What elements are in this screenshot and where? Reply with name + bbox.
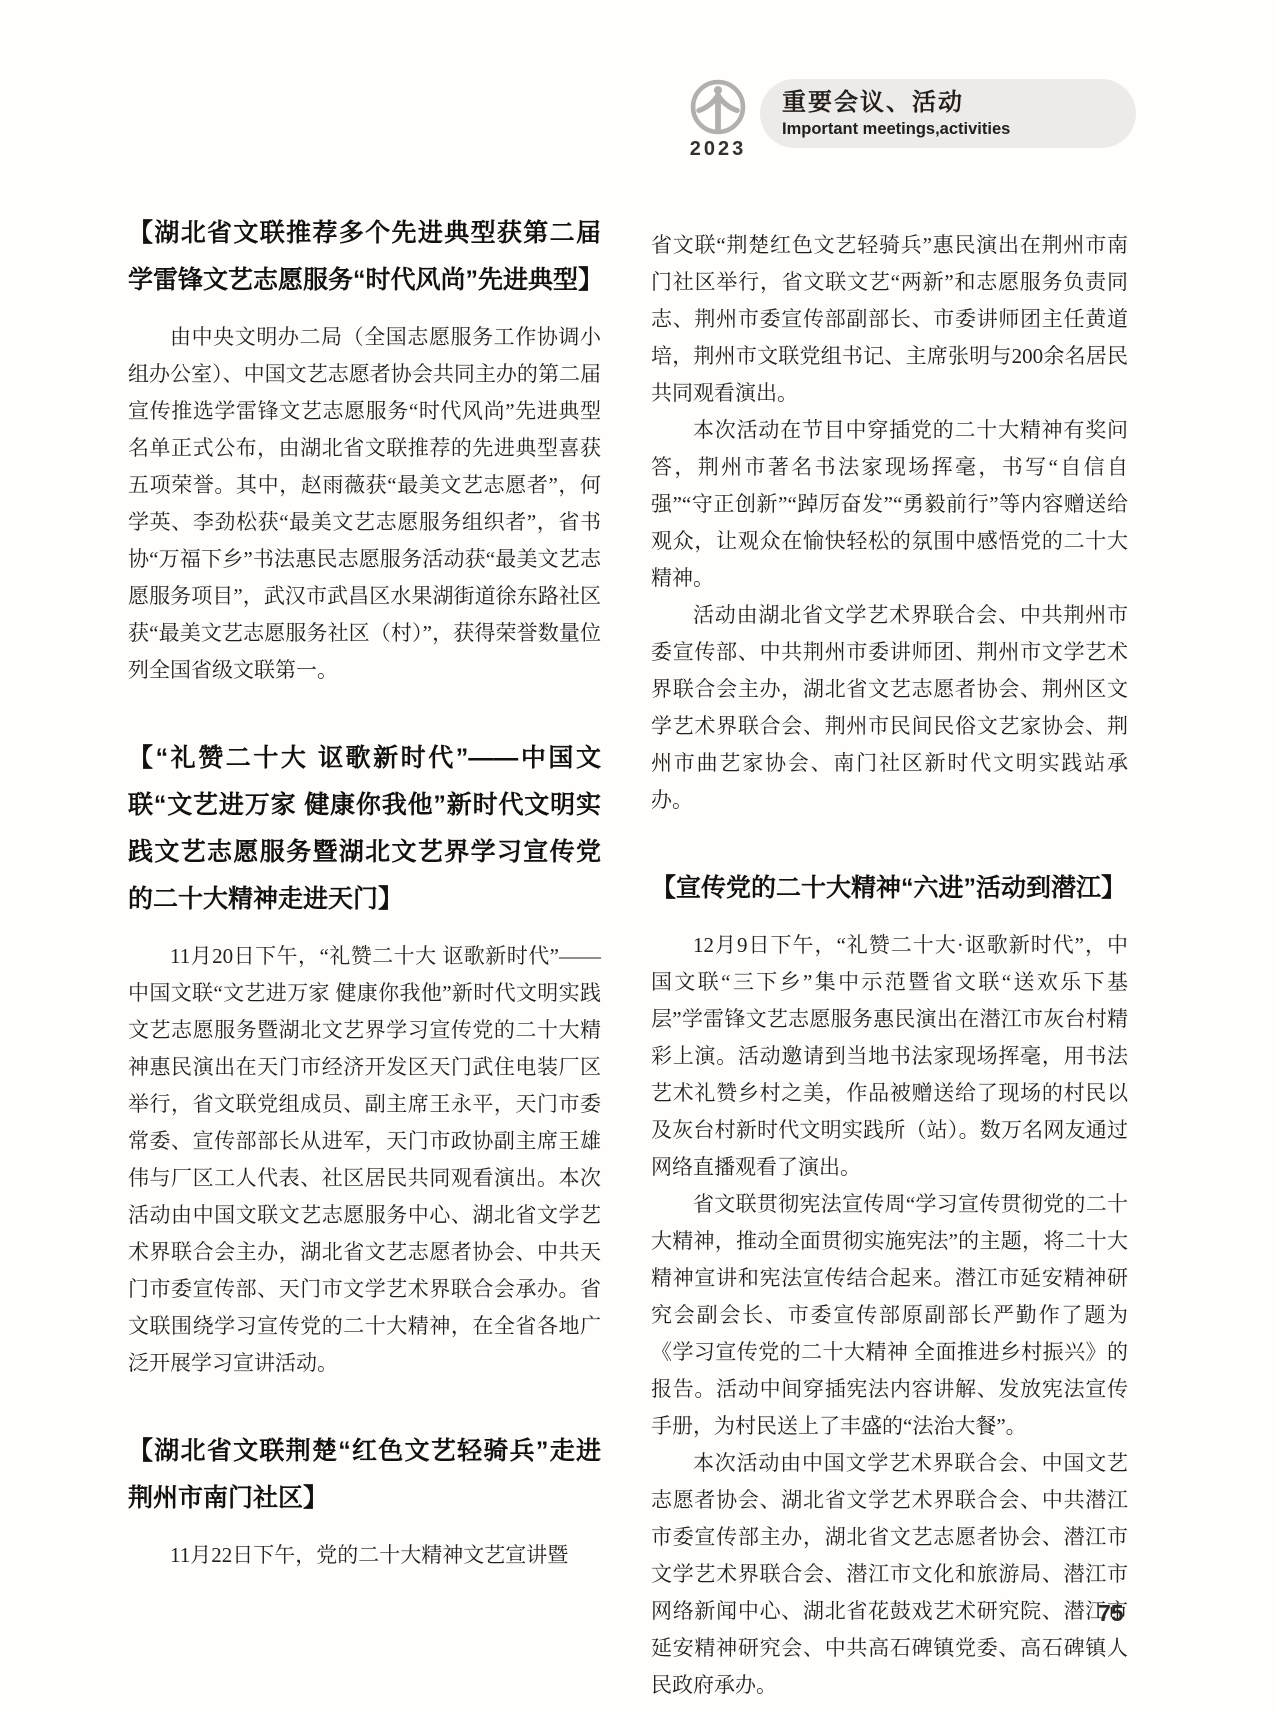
- paragraph: 本次活动在节目中穿插党的二十大精神有奖问答，荆州市著名书法家现场挥毫，书写“自信…: [651, 412, 1128, 597]
- paragraph: 本次活动由中国文学艺术界联合会、中国文艺志愿者协会、湖北省文学艺术界联合会、中共…: [651, 1445, 1128, 1704]
- emblem-icon: [686, 78, 750, 136]
- paragraph: 由中央文明办二局（全国志愿服务工作协调小组办公室）、中国文艺志愿者协会共同主办的…: [128, 319, 601, 689]
- article-heading-3: 【湖北省文联荆楚“红色文艺轻骑兵”走进荆州市南门社区】: [128, 1428, 601, 1522]
- article-heading-1: 【湖北省文联推荐多个先进典型获第二届学雷锋文艺志愿服务“时代风尚”先进典型】: [128, 210, 601, 304]
- right-column: 省文联“荆楚红色文艺轻骑兵”惠民演出在荆州市南门社区举行，省文联文艺“两新”和志…: [651, 206, 1128, 1704]
- article-heading-2: 【“礼赞二十大 讴歌新时代”——中国文联“文艺进万家 健康你我他”新时代文明实践…: [128, 735, 601, 923]
- paragraph-continuation: 省文联“荆楚红色文艺轻骑兵”惠民演出在荆州市南门社区举行，省文联文艺“两新”和志…: [651, 227, 1128, 412]
- section-badge: 重要会议、活动 Important meetings,activities: [760, 79, 1136, 148]
- logo-year: 2023: [686, 138, 750, 161]
- page-number: 75: [1098, 1600, 1124, 1627]
- article-heading-4: 【宣传党的二十大精神“六进”活动到潜江】: [651, 865, 1128, 912]
- section-badge-title: 重要会议、活动: [782, 89, 1136, 117]
- yearbook-page: 2023 重要会议、活动 Important meetings,activiti…: [0, 0, 1276, 1719]
- paragraph: 活动由湖北省文学艺术界联合会、中共荆州市委宣传部、中共荆州市委讲师团、荆州市文学…: [651, 597, 1128, 819]
- left-column: 【湖北省文联推荐多个先进典型获第二届学雷锋文艺志愿服务“时代风尚”先进典型】 由…: [128, 206, 601, 1704]
- paragraph: 省文联贯彻宪法宣传周“学习宣传贯彻党的二十大精神，推动全面贯彻实施宪法”的主题，…: [651, 1186, 1128, 1445]
- yearbook-logo: 2023: [686, 78, 750, 161]
- article-columns: 【湖北省文联推荐多个先进典型获第二届学雷锋文艺志愿服务“时代风尚”先进典型】 由…: [128, 206, 1128, 1704]
- paragraph: 12月9日下午，“礼赞二十大·讴歌新时代”，中国文联“三下乡”集中示范暨省文联“…: [651, 927, 1128, 1186]
- paragraph: 11月20日下午，“礼赞二十大 讴歌新时代”——中国文联“文艺进万家 健康你我他…: [128, 938, 601, 1382]
- paragraph: 11月22日下午，党的二十大精神文艺宣讲暨: [128, 1537, 601, 1574]
- section-badge-subtitle: Important meetings,activities: [782, 119, 1136, 139]
